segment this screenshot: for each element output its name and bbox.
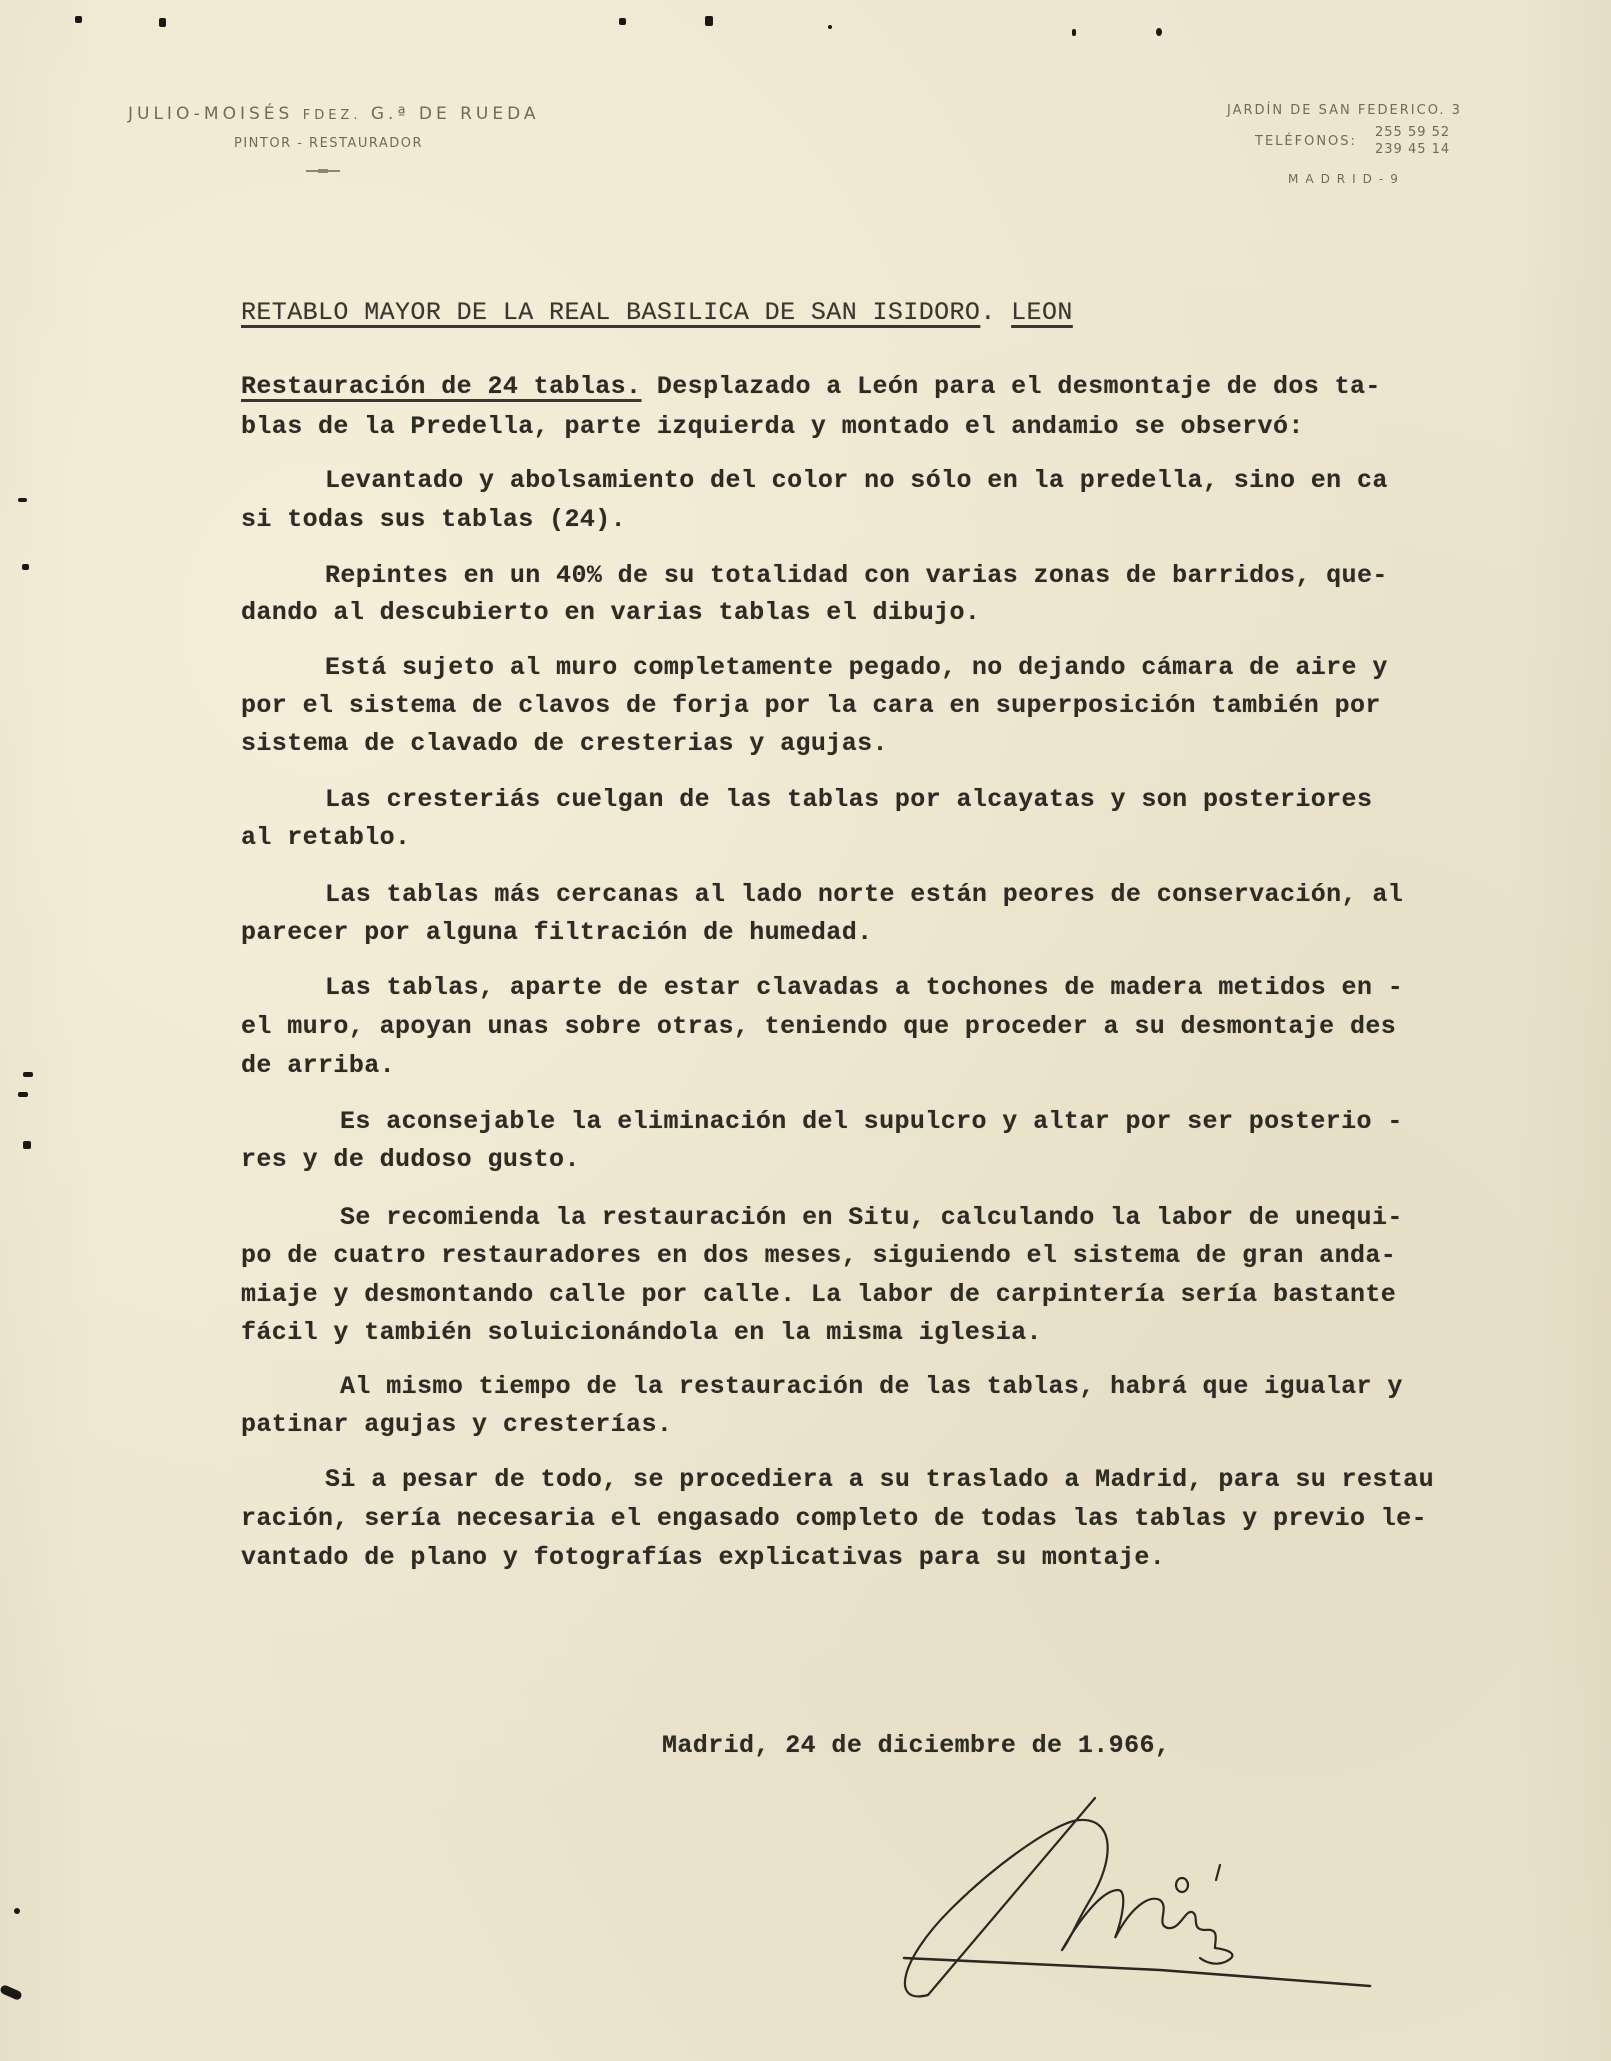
- body-line: Las cresteriás cuelgan de las tablas por…: [325, 785, 1372, 814]
- body-line: el muro, apoyan unas sobre otras, tenien…: [241, 1012, 1396, 1041]
- body-line-text: sistema de clavado de cresterias y aguja…: [241, 729, 888, 758]
- body-line: vantado de plano y fotografías explicati…: [241, 1543, 1165, 1572]
- document-title-separator: .: [980, 298, 1011, 327]
- body-line-text: parecer por alguna filtración de humedad…: [241, 918, 873, 947]
- punch-mark: [619, 18, 626, 25]
- body-line-text: Las cresteriás cuelgan de las tablas por…: [325, 785, 1372, 814]
- signature-icon: [870, 1790, 1430, 2010]
- body-line: Si a pesar de todo, se procediera a su t…: [325, 1465, 1434, 1494]
- document-title-main: RETABLO MAYOR DE LA REAL BASILICA DE SAN…: [241, 298, 980, 327]
- body-line-text: Las tablas más cercanas al lado norte es…: [325, 880, 1403, 909]
- document-title: RETABLO MAYOR DE LA REAL BASILICA DE SAN…: [241, 298, 1073, 327]
- body-line: Al mismo tiempo de la restauración de la…: [340, 1372, 1403, 1401]
- body-line-text: miaje y desmontando calle por calle. La …: [241, 1280, 1396, 1309]
- body-line: parecer por alguna filtración de humedad…: [241, 918, 873, 947]
- body-line-text: el muro, apoyan unas sobre otras, tenien…: [241, 1012, 1396, 1041]
- punch-mark: [23, 1072, 33, 1077]
- body-line-text: vantado de plano y fotografías explicati…: [241, 1543, 1165, 1572]
- letterhead-name-first: JULIO-MOISÉS: [128, 104, 303, 124]
- body-line: dando al descubierto en varias tablas el…: [241, 598, 980, 627]
- body-line-text: fácil y también soluicionándola en la mi…: [241, 1318, 1042, 1347]
- letterhead-ornament-divider: [306, 170, 340, 172]
- body-line: por el sistema de clavos de forja por la…: [241, 691, 1381, 720]
- letterhead-role: PINTOR - RESTAURADOR: [234, 136, 423, 151]
- letterhead-phone-2: 239 45 14: [1375, 142, 1450, 157]
- body-line-text: blas de la Predella, parte izquierda y m…: [241, 412, 1304, 441]
- body-line: patinar agujas y cresterías.: [241, 1410, 672, 1439]
- body-line: Las tablas más cercanas al lado norte es…: [325, 880, 1403, 909]
- body-line-text: Está sujeto al muro completamente pegado…: [325, 653, 1388, 682]
- section-heading: Restauración de 24 tablas.: [241, 372, 641, 401]
- body-line: Está sujeto al muro completamente pegado…: [325, 653, 1388, 682]
- body-line-text: po de cuatro restauradores en dos meses,…: [241, 1241, 1396, 1270]
- body-line-text: Desplazado a León para el desmontaje de …: [641, 372, 1380, 401]
- body-line-text: ración, sería necesaria el engasado comp…: [241, 1504, 1427, 1533]
- body-line: blas de la Predella, parte izquierda y m…: [241, 412, 1304, 441]
- punch-mark: [14, 1908, 20, 1914]
- punch-mark: [828, 25, 832, 29]
- punch-mark: [75, 16, 82, 23]
- body-line-text: Las tablas, aparte de estar clavadas a t…: [325, 973, 1403, 1002]
- punch-mark: [0, 1984, 23, 2001]
- letterhead-address: JARDÍN DE SAN FEDERICO. 3: [1227, 103, 1462, 118]
- letterhead-phones-label: TELÉFONOS:: [1255, 134, 1357, 149]
- letterhead-name: JULIO-MOISÉS FDEZ. G.ª DE RUEDA: [128, 104, 540, 124]
- body-line: de arriba.: [241, 1051, 395, 1080]
- punch-mark: [22, 564, 29, 570]
- body-line-text: dando al descubierto en varias tablas el…: [241, 598, 980, 627]
- body-line: Se recomienda la restauración en Situ, c…: [340, 1203, 1403, 1232]
- body-line-text: Repintes en un 40% de su totalidad con v…: [325, 561, 1388, 590]
- body-line-text: Es aconsejable la eliminación del supulc…: [340, 1107, 1403, 1136]
- punch-mark: [18, 1092, 28, 1097]
- body-line-text: res y de dudoso gusto.: [241, 1145, 580, 1174]
- letterhead-name-last: G.ª DE RUEDA: [361, 104, 539, 124]
- body-line: Repintes en un 40% de su totalidad con v…: [325, 561, 1388, 590]
- punch-mark: [1156, 28, 1162, 36]
- body-line-text: Levantado y abolsamiento del color no só…: [325, 466, 1388, 495]
- body-line: fácil y también soluicionándola en la mi…: [241, 1318, 1042, 1347]
- body-line: Es aconsejable la eliminación del supulc…: [340, 1107, 1403, 1136]
- body-line-text: patinar agujas y cresterías.: [241, 1410, 672, 1439]
- body-line-text: por el sistema de clavos de forja por la…: [241, 691, 1381, 720]
- body-line-text: Al mismo tiempo de la restauración de la…: [340, 1372, 1403, 1401]
- body-line: Levantado y abolsamiento del color no só…: [325, 466, 1388, 495]
- body-line: sistema de clavado de cresterias y aguja…: [241, 729, 888, 758]
- body-line: res y de dudoso gusto.: [241, 1145, 580, 1174]
- punch-mark: [159, 18, 166, 27]
- closing-date: Madrid, 24 de diciembre de 1.966,: [662, 1731, 1170, 1760]
- body-line: ración, sería necesaria el engasado comp…: [241, 1504, 1427, 1533]
- body-line: po de cuatro restauradores en dos meses,…: [241, 1241, 1396, 1270]
- body-line: Las tablas, aparte de estar clavadas a t…: [325, 973, 1403, 1002]
- letterhead-phone-1: 255 59 52: [1375, 125, 1450, 140]
- body-line: al retablo.: [241, 823, 410, 852]
- body-line-text: al retablo.: [241, 823, 410, 852]
- letterhead-city: MADRID-9: [1288, 172, 1405, 186]
- body-line-text: Si a pesar de todo, se procediera a su t…: [325, 1465, 1434, 1494]
- punch-mark: [1072, 29, 1076, 36]
- letterhead-name-abbrev: FDEZ.: [303, 108, 362, 123]
- body-line-text: Se recomienda la restauración en Situ, c…: [340, 1203, 1403, 1232]
- body-line: si todas sus tablas (24).: [241, 505, 626, 534]
- body-line: Restauración de 24 tablas. Desplazado a …: [241, 372, 1381, 401]
- punch-mark: [23, 1141, 31, 1149]
- body-line: miaje y desmontando calle por calle. La …: [241, 1280, 1396, 1309]
- body-line-text: de arriba.: [241, 1051, 395, 1080]
- document-title-place: LEON: [1011, 298, 1073, 327]
- punch-mark: [18, 498, 27, 502]
- punch-mark: [705, 16, 713, 26]
- body-line-text: si todas sus tablas (24).: [241, 505, 626, 534]
